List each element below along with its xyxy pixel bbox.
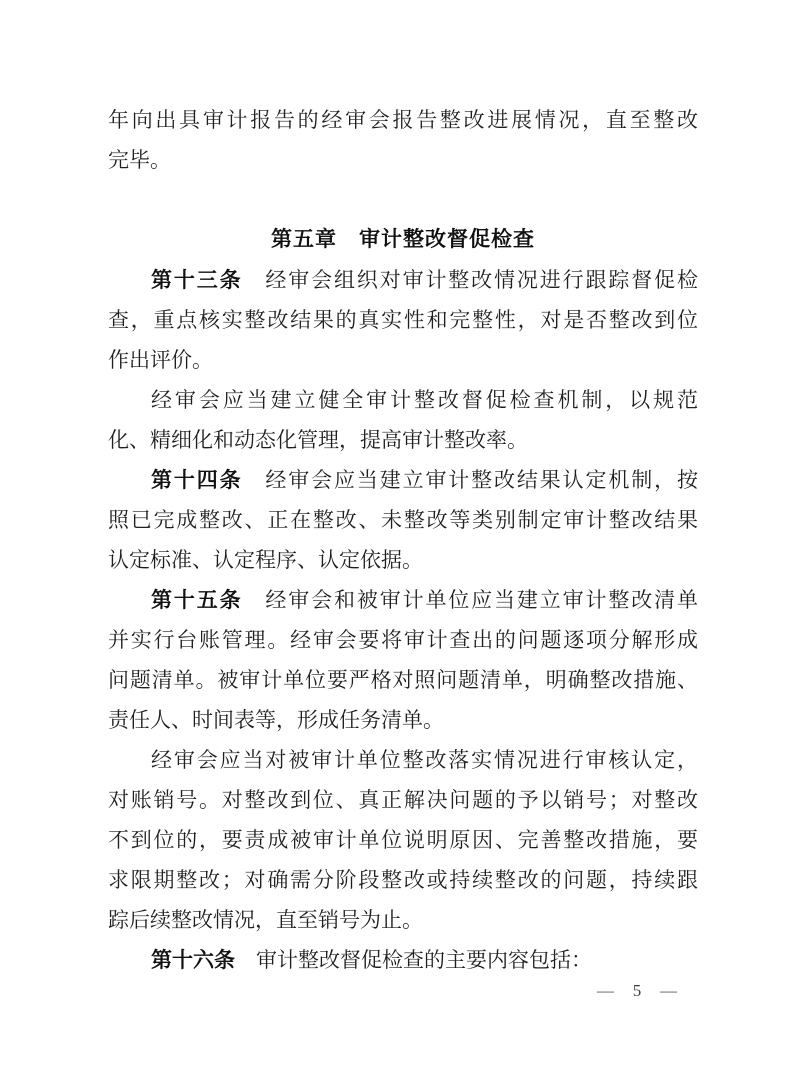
body-line: 认定标准、认定程序、认定依据。	[108, 540, 698, 580]
body-line: 责任人、时间表等，形成任务清单。	[108, 700, 698, 740]
body-line: 对账销号。对整改到位、真正解决问题的予以销号；对整改	[108, 780, 698, 820]
article-text: 经审会应当建立审计整改结果认定机制，按	[242, 468, 698, 492]
chapter-heading: 第五章 审计整改督促检查	[108, 220, 698, 260]
article-line: 第十五条 经审会和被审计单位应当建立审计整改清单	[108, 580, 698, 620]
body-line: 照已完成整改、正在整改、未整改等类别制定审计整改结果	[108, 500, 698, 540]
body-line: 完毕。	[108, 140, 698, 180]
page-footer: — 5 —	[597, 981, 677, 1001]
body-line: 经审会应当建立健全审计整改督促检查机制，以规范	[108, 380, 698, 420]
article-line: 第十四条 经审会应当建立审计整改结果认定机制，按	[108, 460, 698, 500]
body-line: 不到位的，要责成被审计单位说明原因、完善整改措施，要	[108, 820, 698, 860]
document-body: 年向出具审计报告的经审会报告整改进展情况，直至整改 完毕。 第五章 审计整改督促…	[108, 100, 698, 980]
body-line: 经审会应当对被审计单位整改落实情况进行审核认定，	[108, 740, 698, 780]
page-number: 5	[633, 981, 642, 1001]
document-page: 年向出具审计报告的经审会报告整改进展情况，直至整改 完毕。 第五章 审计整改督促…	[0, 0, 800, 1092]
article-text: 经审会和被审计单位应当建立审计整改清单	[242, 588, 698, 612]
body-line: 化、精细化和动态化管理，提高审计整改率。	[108, 420, 698, 460]
article-text: 审计整改督促检查的主要内容包括：	[235, 948, 592, 972]
body-line: 踪后续整改情况，直至销号为止。	[108, 900, 698, 940]
body-line: 并实行台账管理。经审会要将审计查出的问题逐项分解形成	[108, 620, 698, 660]
article-text: 经审会组织对审计整改情况进行跟踪督促检	[242, 268, 698, 292]
article-line: 第十六条 审计整改督促检查的主要内容包括：	[108, 940, 698, 980]
article-number: 第十四条	[151, 469, 242, 492]
article-number: 第十五条	[151, 589, 242, 612]
article-line: 第十三条 经审会组织对审计整改情况进行跟踪督促检	[108, 260, 698, 300]
footer-dash-left: —	[597, 981, 614, 1001]
article-number: 第十三条	[151, 269, 242, 292]
body-line: 年向出具审计报告的经审会报告整改进展情况，直至整改	[108, 100, 698, 140]
article-number: 第十六条	[151, 949, 235, 972]
body-line: 问题清单。被审计单位要严格对照问题清单，明确整改措施、	[108, 660, 698, 700]
body-line: 求限期整改；对确需分阶段整改或持续整改的问题，持续跟	[108, 860, 698, 900]
body-line: 作出评价。	[108, 340, 698, 380]
footer-dash-right: —	[660, 981, 677, 1001]
body-line: 查，重点核实整改结果的真实性和完整性，对是否整改到位	[108, 300, 698, 340]
